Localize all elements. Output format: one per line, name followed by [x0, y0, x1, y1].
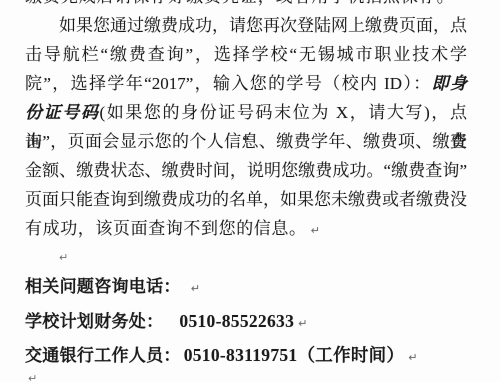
contact-line-finance-office: 学校计划财务处：0510-85522633↵: [25, 304, 467, 338]
paragraph-line: 金额、缴费状态、缴费时间，说明您缴费成功。“缴费查询”: [25, 156, 467, 185]
contact-line-title: 相关问题咨询电话：↵: [25, 270, 467, 304]
paragraph-line: 页面只能查询到缴费成功的名单，如果您未缴费或者缴费没: [25, 185, 467, 214]
return-mark: ↵: [28, 372, 37, 382]
scanned-document-page: 缴费完成后请保存好缴费凭证，或者用手机拍照保存。 如果您通过缴费成功，请您再次登…: [0, 0, 500, 382]
return-mark: ↵: [298, 317, 307, 330]
contact-line-bank-staff: 交通银行工作人员：0510-83119751（工作时间）↵: [25, 338, 467, 372]
emphasis-text: 份证号码: [25, 103, 99, 122]
clipped-top-line: 缴费完成后请保存好缴费凭证，或者用手机拍照保存。: [25, 0, 467, 11]
paragraph-line: 份证号码(如果您的身份证号码末位为 X，请大写)，点击“查: [25, 98, 467, 127]
body-text: 如果您通过缴费成功，请您再次登陆网上缴费页面，点: [25, 16, 467, 35]
paragraph-line: 有成功，该页面查询不到您的信息。↵: [25, 214, 467, 243]
paragraph-line: 院”，选择学年“2017”，输入您的学号（校内 ID）：即身: [25, 69, 467, 98]
body-text: 金额、缴费状态、缴费时间，说明您缴费成功。“缴费查询”: [25, 161, 467, 180]
contact-title-label: 相关问题咨询电话：: [25, 277, 181, 296]
document-body: 缴费完成后请保存好缴费凭证，或者用手机拍照保存。 如果您通过缴费成功，请您再次登…: [25, 0, 467, 372]
body-text: 击导航栏“缴费查询”，选择学校“无锡城市职业技术学: [25, 45, 467, 64]
return-mark: ↵: [59, 251, 68, 264]
finance-office-phone: 0510-85522633: [179, 311, 294, 331]
body-text: 询”，页面会显示您的个人信息、缴费学年、缴费项、缴费: [25, 132, 467, 151]
paragraph-line: 询”，页面会显示您的个人信息、缴费学年、缴费项、缴费: [25, 127, 467, 156]
return-mark: ↵: [191, 282, 200, 295]
body-text: 页面只能查询到缴费成功的名单，如果您未缴费或者缴费没: [25, 190, 467, 209]
contact-section: 相关问题咨询电话：↵ 学校计划财务处：0510-85522633↵ 交通银行工作…: [25, 270, 467, 372]
body-text: 院”，选择学年“2017”，输入您的学号（校内 ID）：: [25, 74, 432, 93]
body-text: 有成功，该页面查询不到您的信息。: [25, 219, 307, 238]
finance-office-label: 学校计划财务处：: [25, 312, 163, 331]
payment-instructions-paragraph: 如果您通过缴费成功，请您再次登陆网上缴费页面，点击导航栏“缴费查询”，选择学校“…: [25, 11, 467, 243]
return-mark: ↵: [311, 224, 320, 237]
paragraph-line: 击导航栏“缴费查询”，选择学校“无锡城市职业技术学: [25, 40, 467, 69]
bank-staff-phone: 0510-83119751（工作时间）: [184, 345, 405, 365]
paragraph-line: 如果您通过缴费成功，请您再次登陆网上缴费页面，点: [25, 11, 467, 40]
empty-line: ↵: [25, 243, 467, 270]
emphasis-text: 即身: [432, 74, 467, 93]
bank-staff-label: 交通银行工作人员：: [25, 346, 181, 365]
return-mark: ↵: [408, 351, 417, 364]
